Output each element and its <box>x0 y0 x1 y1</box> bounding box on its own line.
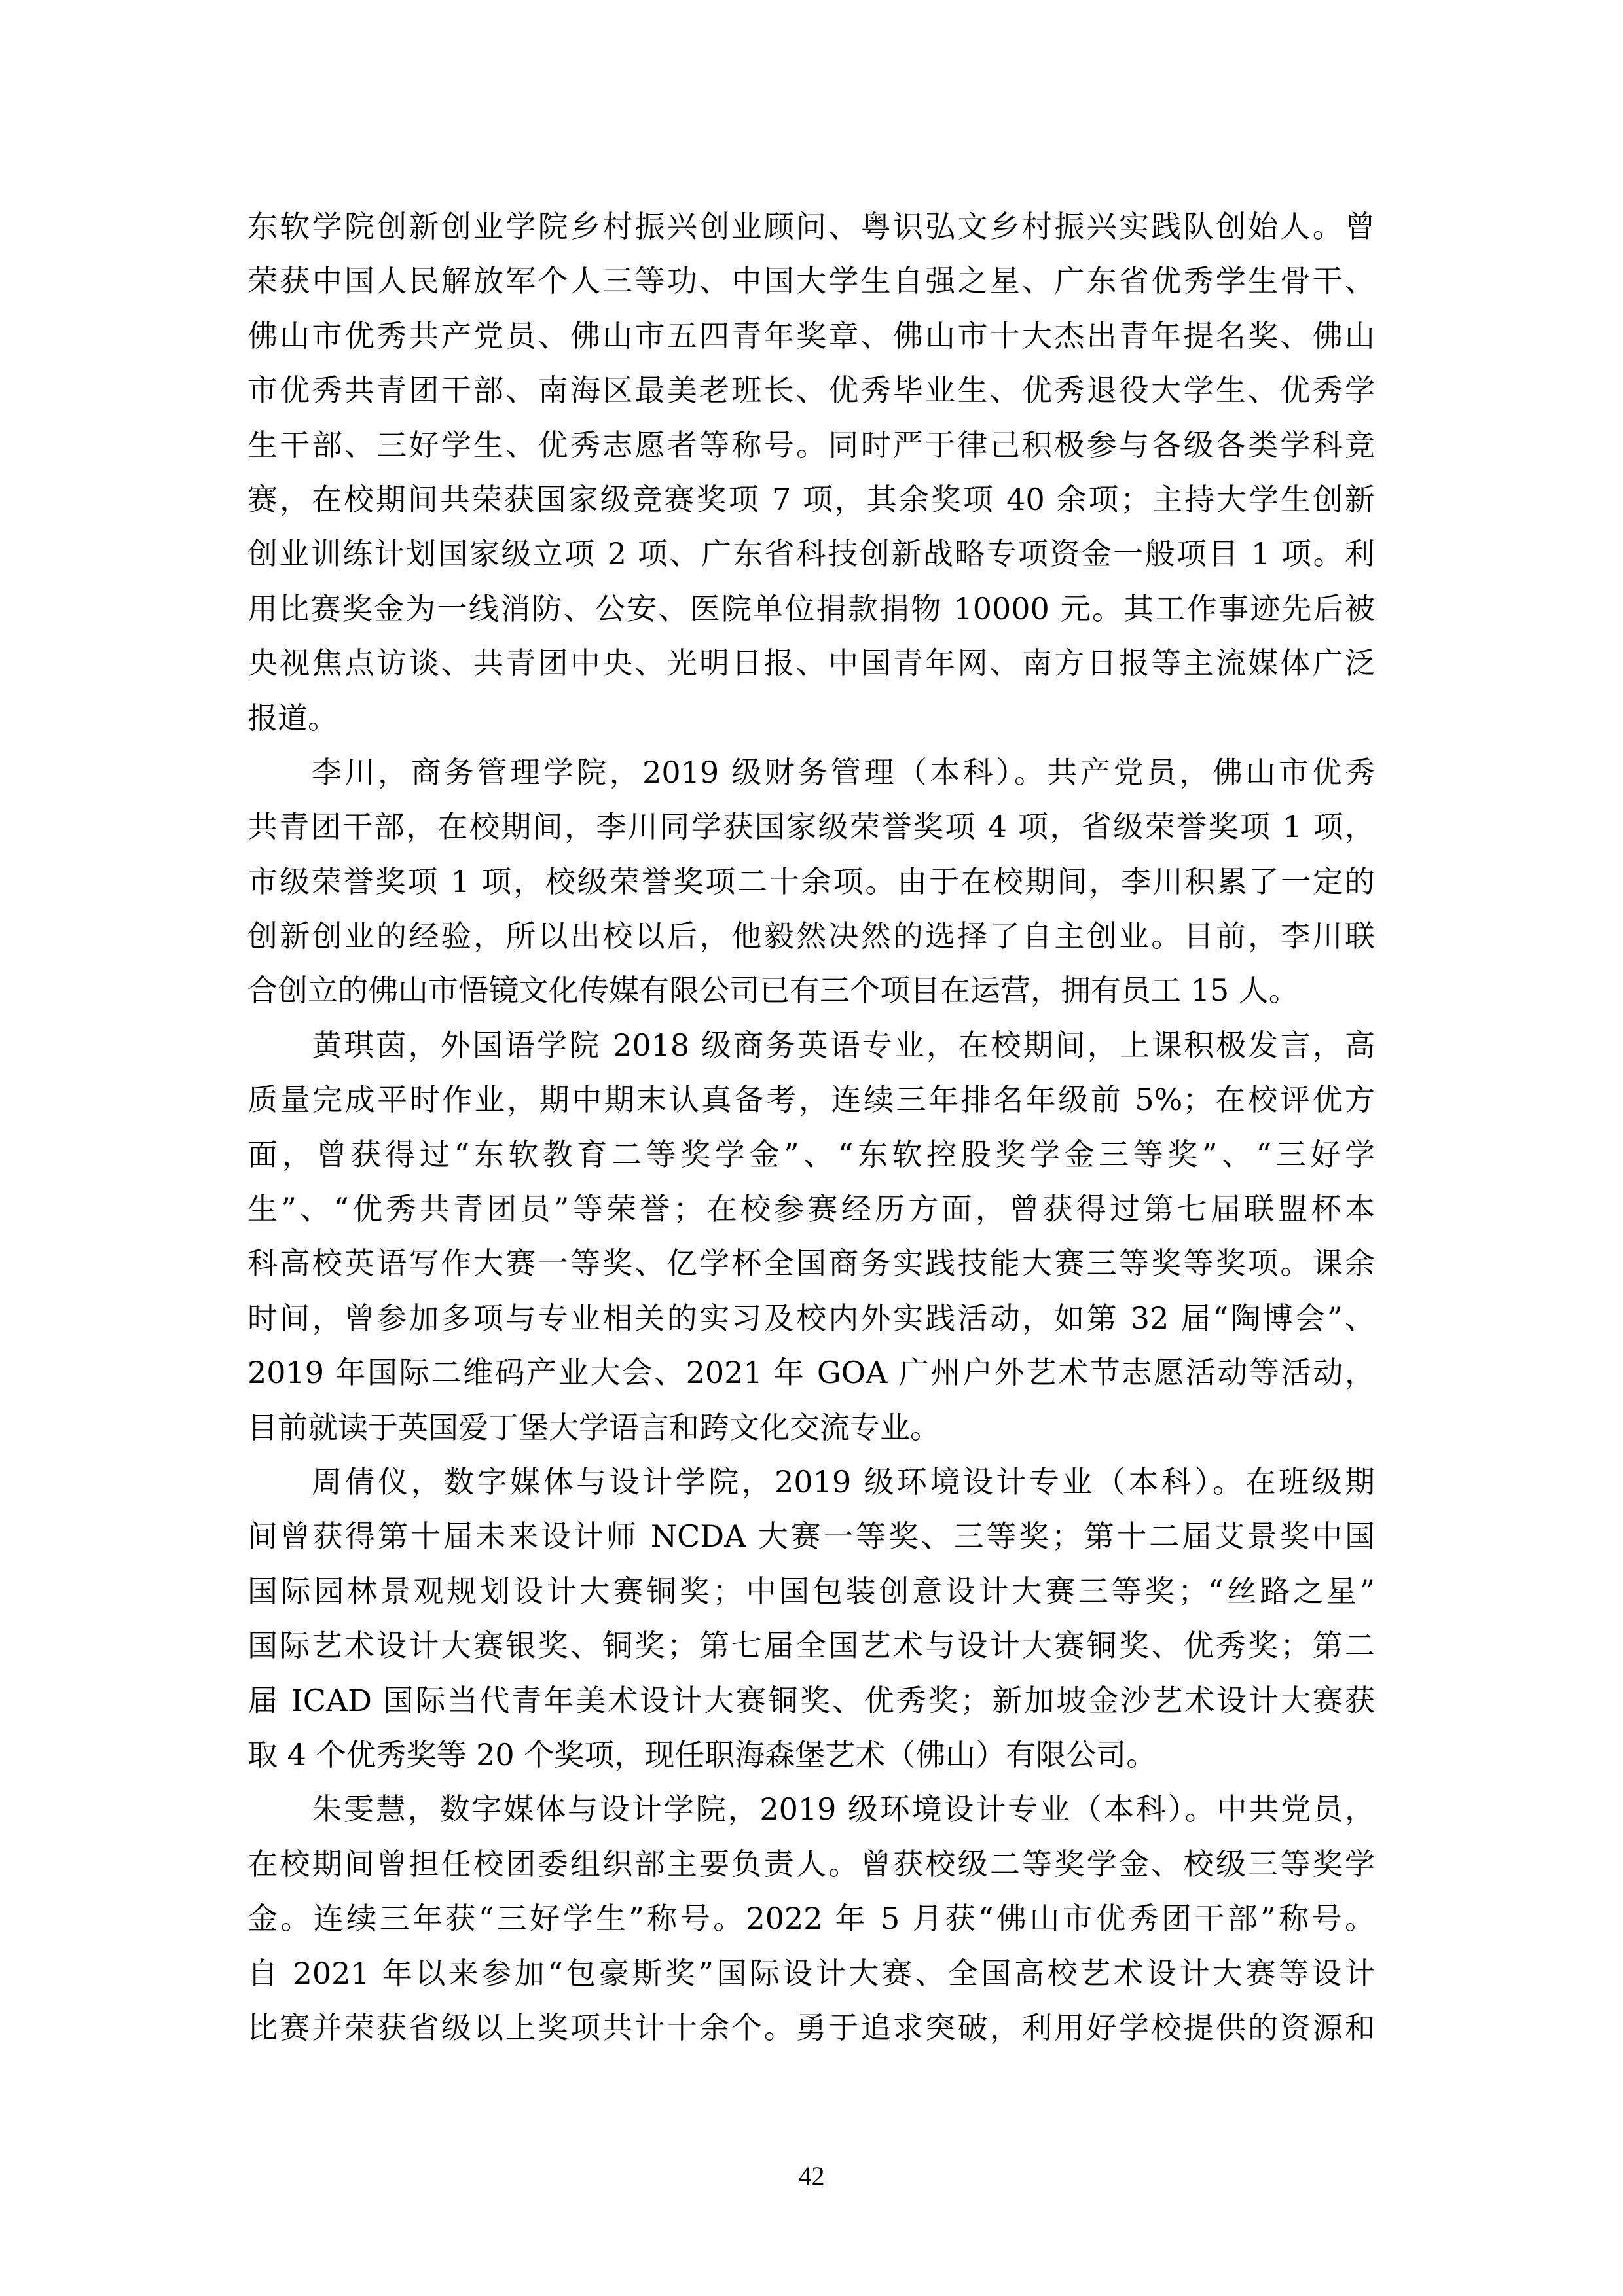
text-line: 共青团干部，在校期间，李川同学获国家级荣誉奖项 4 项，省级荣誉奖项 1 项， <box>247 800 1375 854</box>
body-text: 东软学院创新创业学院乡村振兴创业顾问、粤识弘文乡村振兴实践队创始人。曾 荣获中国… <box>247 200 1375 2055</box>
text-line: 市级荣誉奖项 1 项，校级荣誉奖项二十余项。由于在校期间，李川积累了一定的 <box>247 855 1375 909</box>
page-number: 42 <box>0 2160 1623 2193</box>
text-line: 央视焦点访谈、共青团中央、光明日报、中国青年网、南方日报等主流媒体广泛 <box>247 636 1375 691</box>
text-line: 报道。 <box>247 691 1375 745</box>
text-line: 目前就读于英国爱丁堡大学语言和跨文化交流专业。 <box>247 1401 1375 1455</box>
paragraph-zhou-qianyi: 周倩仪，数字媒体与设计学院，2019 级环境设计专业（本科）。在班级期 间曾获得… <box>247 1455 1375 1782</box>
text-line: 自 2021 年以来参加“包豪斯奖”国际设计大赛、全国高校艺术设计大赛等设计 <box>247 1946 1375 2001</box>
paragraph-li-chuan: 李川，商务管理学院，2019 级财务管理（本科）。共产党员，佛山市优秀 共青团干… <box>247 745 1375 1018</box>
text-line: 创业训练计划国家级立项 2 项、广东省科技创新战略专项资金一般项目 1 项。利 <box>247 527 1375 581</box>
text-line: 生干部、三好学生、优秀志愿者等称号。同时严于律己积极参与各级各类学科竞 <box>247 418 1375 473</box>
text-line: 黄琪茵，外国语学院 2018 级商务英语专业，在校期间，上课积极发言，高 <box>247 1018 1375 1073</box>
text-line: 科高校英语写作大赛一等奖、亿学杯全国商务实践技能大赛三等奖等奖项。课余 <box>247 1236 1375 1291</box>
document-page: 东软学院创新创业学院乡村振兴创业顾问、粤识弘文乡村振兴实践队创始人。曾 荣获中国… <box>0 0 1623 2296</box>
text-line: 生”、“优秀共青团员”等荣誉；在校参赛经历方面，曾获得过第七届联盟杯本 <box>247 1182 1375 1236</box>
text-line: 赛，在校期间共荣获国家级竞赛奖项 7 项，其余奖项 40 余项；主持大学生创新 <box>247 473 1375 527</box>
text-line: 质量完成平时作业，期中期末认真备考，连续三年排名年级前 5%；在校评优方 <box>247 1073 1375 1127</box>
text-line: 比赛并荣获省级以上奖项共计十余个。勇于追求突破，利用好学校提供的资源和 <box>247 2001 1375 2055</box>
text-line: 市优秀共青团干部、南海区最美老班长、优秀毕业生、优秀退役大学生、优秀学 <box>247 363 1375 418</box>
text-line: 创新创业的经验，所以出校以后，他毅然决然的选择了自主创业。目前，李川联 <box>247 909 1375 963</box>
text-line: 届 ICAD 国际当代青年美术设计大赛铜奖、优秀奖；新加坡金沙艺术设计大赛获 <box>247 1674 1375 1728</box>
text-line: 用比赛奖金为一线消防、公安、医院单位捐款捐物 10000 元。其工作事迹先后被 <box>247 582 1375 636</box>
paragraph-continued-profile: 东软学院创新创业学院乡村振兴创业顾问、粤识弘文乡村振兴实践队创始人。曾 荣获中国… <box>247 200 1375 745</box>
text-line: 金。连续三年获“三好学生”称号。2022 年 5 月获“佛山市优秀团干部”称号。 <box>247 1892 1375 1946</box>
text-line: 2019 年国际二维码产业大会、2021 年 GOA 广州户外艺术节志愿活动等活… <box>247 1346 1375 1400</box>
text-line: 李川，商务管理学院，2019 级财务管理（本科）。共产党员，佛山市优秀 <box>247 745 1375 800</box>
text-line: 国际园林景观规划设计大赛铜奖；中国包装创意设计大赛三等奖；“丝路之星” <box>247 1564 1375 1619</box>
text-line: 合创立的佛山市悟镜文化传媒有限公司已有三个项目在运营，拥有员工 15 人。 <box>247 963 1375 1018</box>
text-line: 在校期间曾担任校团委组织部主要负责人。曾获校级二等奖学金、校级三等奖学 <box>247 1837 1375 1892</box>
text-line: 间曾获得第十届未来设计师 NCDA 大赛一等奖、三等奖；第十二届艾景奖中国 <box>247 1509 1375 1564</box>
text-line: 取 4 个优秀奖等 20 个奖项，现任职海森堡艺术（佛山）有限公司。 <box>247 1728 1375 1782</box>
paragraph-zhu-wenhui: 朱雯慧，数字媒体与设计学院，2019 级环境设计专业（本科）。中共党员， 在校期… <box>247 1782 1375 2055</box>
text-line: 东软学院创新创业学院乡村振兴创业顾问、粤识弘文乡村振兴实践队创始人。曾 <box>247 200 1375 254</box>
text-line: 朱雯慧，数字媒体与设计学院，2019 级环境设计专业（本科）。中共党员， <box>247 1782 1375 1837</box>
text-line: 荣获中国人民解放军个人三等功、中国大学生自强之星、广东省优秀学生骨干、 <box>247 254 1375 308</box>
paragraph-huang-qiyin: 黄琪茵，外国语学院 2018 级商务英语专业，在校期间，上课积极发言，高 质量完… <box>247 1018 1375 1455</box>
text-line: 周倩仪，数字媒体与设计学院，2019 级环境设计专业（本科）。在班级期 <box>247 1455 1375 1509</box>
text-line: 时间，曾参加多项与专业相关的实习及校内外实践活动，如第 32 届“陶博会”、 <box>247 1291 1375 1346</box>
text-line: 面，曾获得过“东软教育二等奖学金”、“东软控股奖学金三等奖”、“三好学 <box>247 1128 1375 1182</box>
text-line: 佛山市优秀共产党员、佛山市五四青年奖章、佛山市十大杰出青年提名奖、佛山 <box>247 309 1375 363</box>
text-line: 国际艺术设计大赛银奖、铜奖；第七届全国艺术与设计大赛铜奖、优秀奖；第二 <box>247 1619 1375 1673</box>
